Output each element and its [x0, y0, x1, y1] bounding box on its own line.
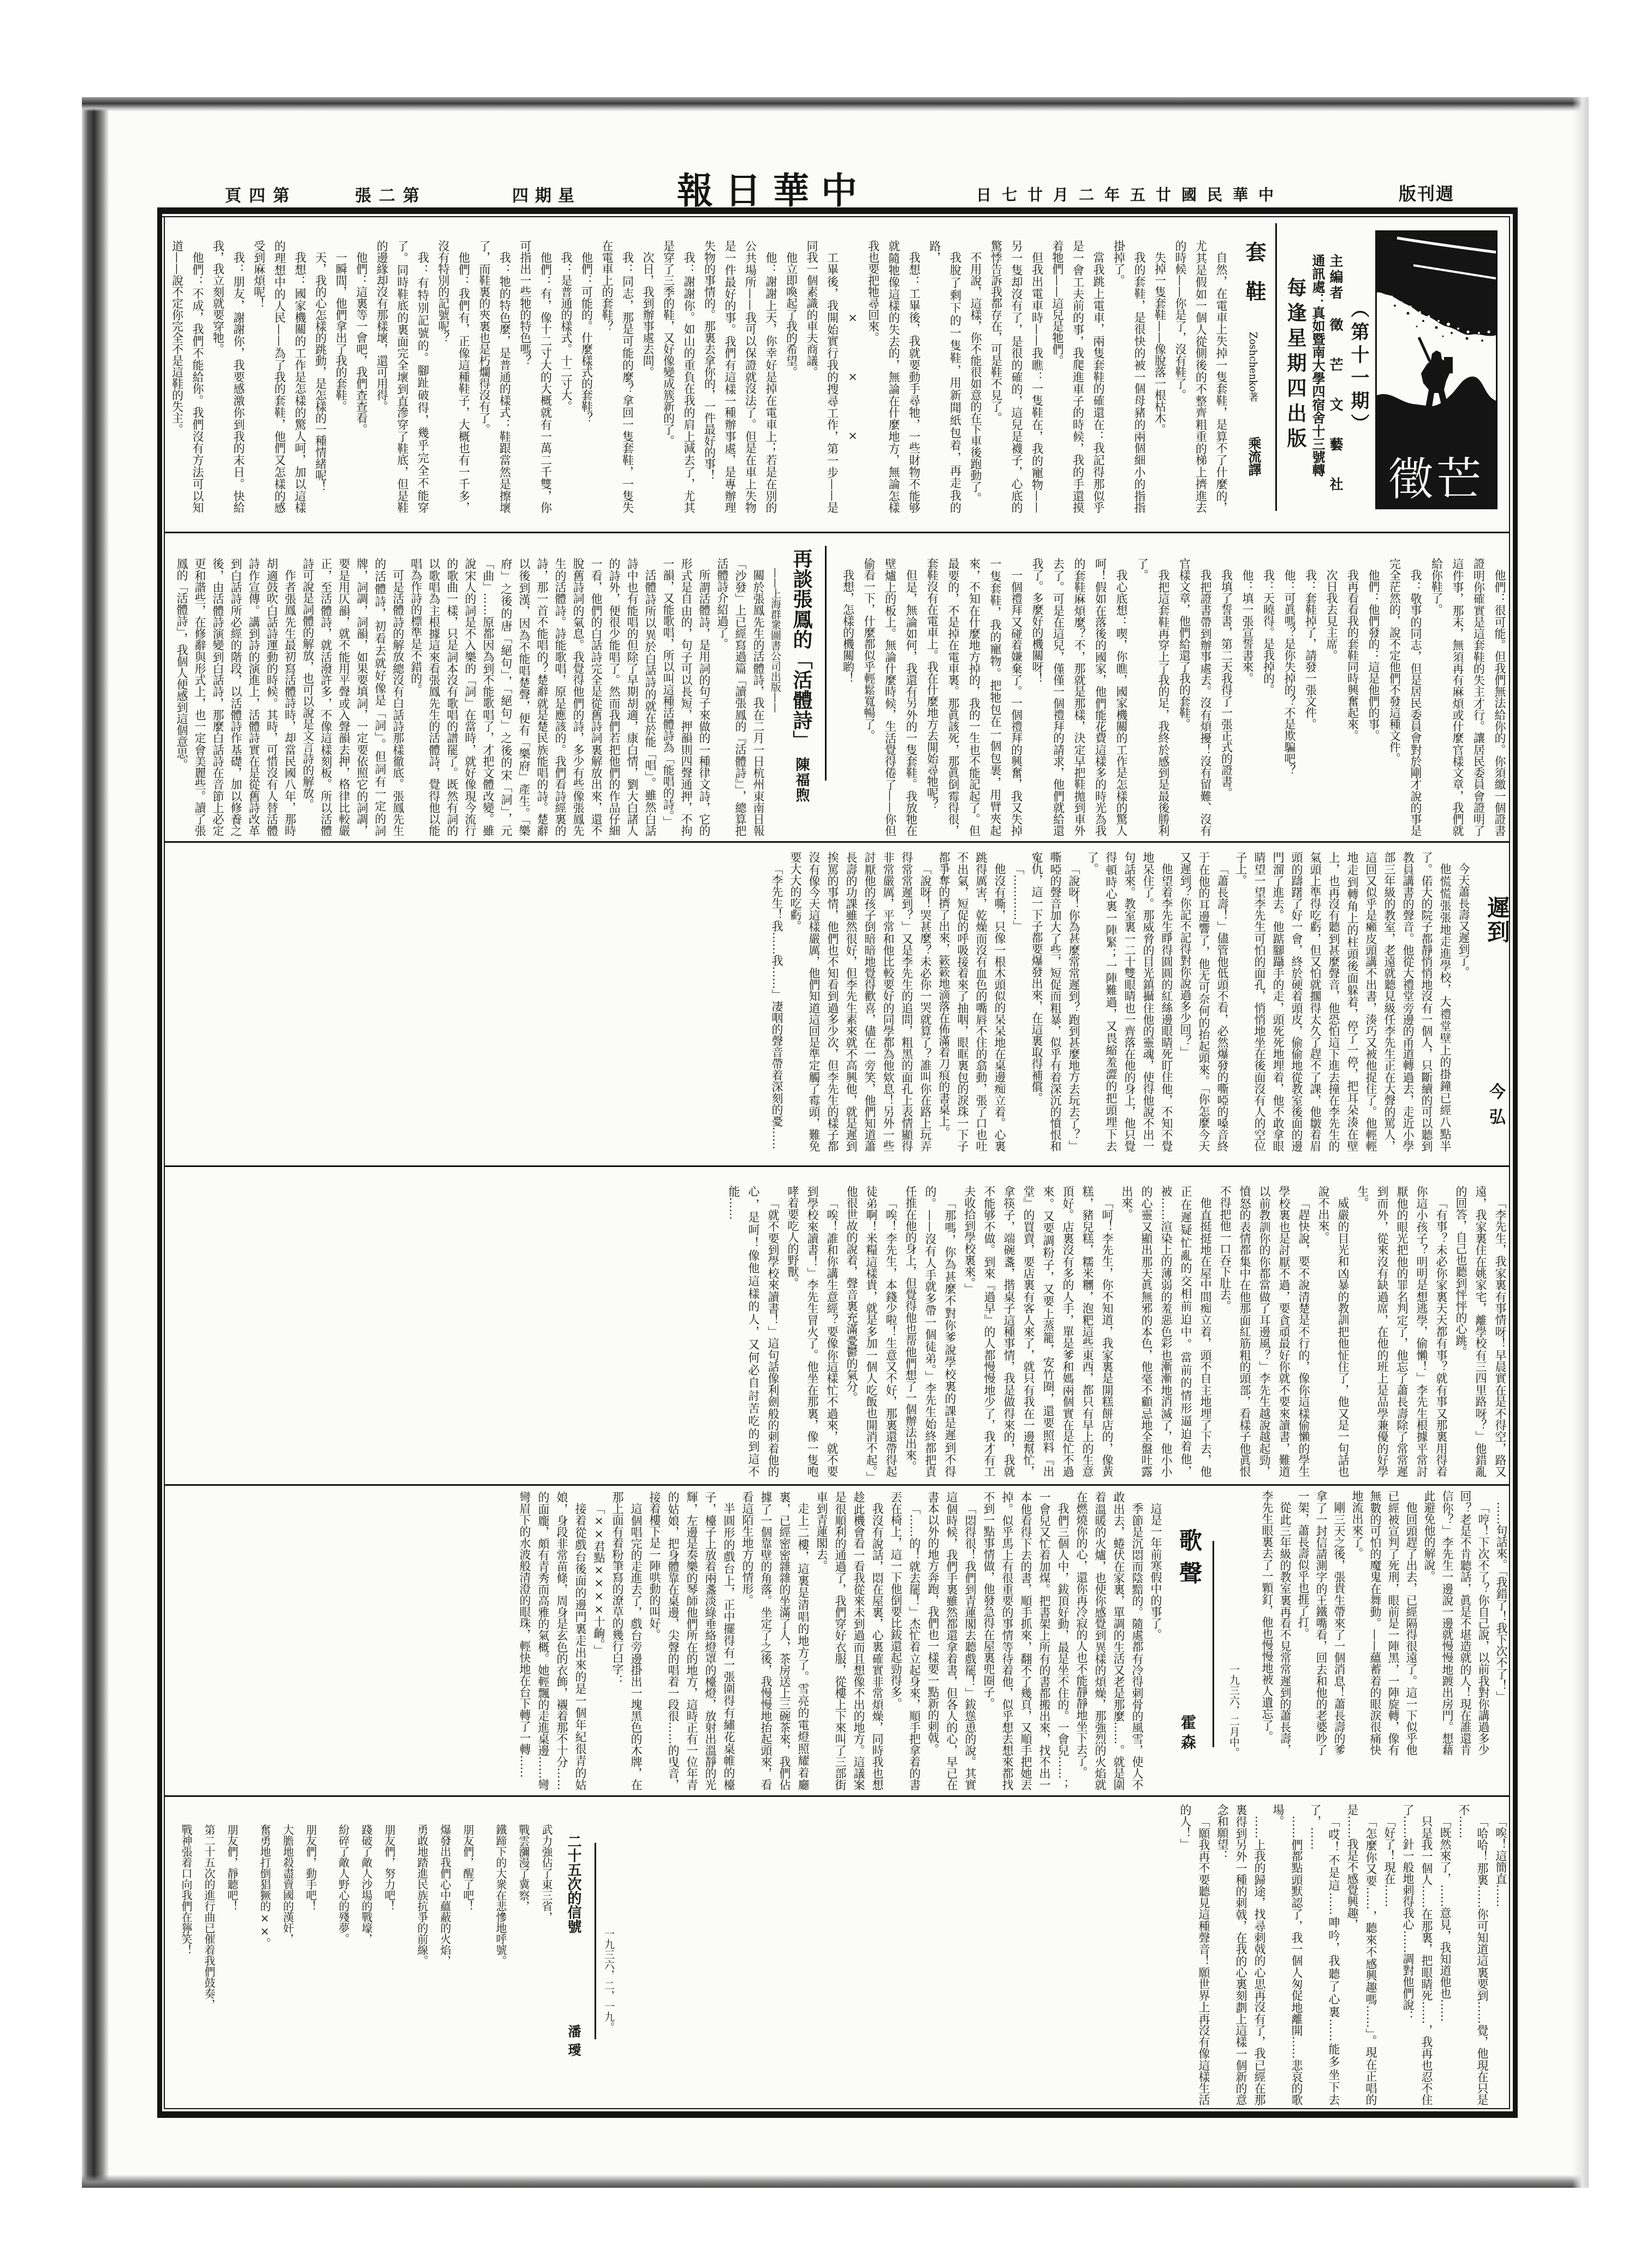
paragraph: 「唉！李先生，本錢少啦！生意又不好，那裏還帶得起徒弟啊！米糧這樣貴，就是多加一個… — [842, 1186, 901, 1477]
paragraph: 活體詩所以異於白話詩的就在於能「唱」。雖然白話詩中也有能唱的但除了早期胡適，康白… — [407, 558, 659, 836]
paragraph: 這個唱完的走進去了，戲台旁邊掛出一塊黑色的木牌，在那上面有着粉筆寫的潦草的幾行白… — [608, 1491, 645, 1790]
paragraph: 「既然來了，……意見，我知道他也…… — [1436, 1804, 1454, 2105]
poem-body: 武力強佔了東三省，戰雲瀰漫了冀察，鐵蹄下的大衆在悲慘地呼號。 朋友們，醒了吧！爆… — [165, 1824, 558, 2114]
poem-line: 鐵蹄下的大衆在悲慘地呼號。 — [489, 1824, 512, 2114]
paragraph: ……上我的歸途，找尋刺戟的心思再沒有了，我已經在那裏得到另外一種的刺戟，在我的心… — [1213, 1804, 1269, 2105]
paragraph: 天，我的心怎樣的跳動，是怎樣的一種情緒呢！ — [310, 240, 331, 513]
article-title-gesheng: 歌聲 — [1173, 1528, 1205, 1594]
paragraph: 「××君點××××十齣。」 — [590, 1491, 608, 1790]
article-subtitle-huotishi: ——上海群衆圖書公司出版—— — [768, 568, 783, 713]
poem-author: 潘璦 — [564, 2025, 583, 2062]
paragraph: 我：套鞋掉了，請發一張文件。 — [1300, 558, 1321, 836]
paragraph: 可是活體詩的解放總沒有白話詩那樣徹底。張鳳先生的活體詩，初看去就好像是「詞」。但… — [299, 558, 407, 836]
newspaper-title: 中華日報 — [677, 162, 869, 213]
paragraph: 從此三年級的教室裏再看不見常常遲到的蕭長壽，李先生眼裏去了一顆釘，他也慢慢地被人… — [1258, 1490, 1294, 1755]
poem-stanza: 朋友們，靜聽吧！第二十五次的進行曲已催着我們鼓奏，戰神張着口向我們在獰笑！ — [175, 1824, 243, 2114]
frame-right — [1513, 207, 1518, 2118]
editor-line: 主編者徵芒文藝社 — [1326, 254, 1345, 517]
paragraph: 我：有特別記號的。腳趾破得，幾乎完全不能穿了。同時鞋底的裏面完全壞到直滲穿了鞋底… — [371, 240, 433, 513]
scan-edge-top — [82, 97, 1589, 111]
issue-number: （第十一期） — [1345, 299, 1372, 437]
paragraph: 當我跳上電車，兩隻套鞋的確還在：我記得那似乎是一會工夫前的事，我爬進車子的時候，… — [1047, 240, 1109, 513]
article-body-chidao-part1: 今天蕭長壽又遲到了。他慌慌張張地走進學校，大禮堂壁上的掛鐘已經八點半了。偌大的院… — [165, 852, 1473, 1152]
paragraph: 這是一年前寒假中的事了。 — [1146, 1491, 1165, 1790]
editor-label: 主編者 — [1328, 254, 1344, 301]
chidao-part2: 「李先生，我家裏有事情呀！早晨實在是不得空，路又遠，我家裏住在姚家宅，離學校有三… — [724, 1186, 1510, 1477]
paragraph: 失掉一隻套鞋——像脫落一根枯木。 — [1149, 240, 1170, 513]
poem-line: 朋友們，靜聽吧！ — [221, 1824, 243, 2114]
paragraph: 我想：工畢後，我就要動手尋牠，一些財物不能够就隨牠像這樣的失去的，無論在什麼地方… — [863, 240, 924, 513]
paragraph: 我：謝謝你。如山的重負在我的肩上減去了，尤其是穿了三季的鞋，又好像變成簇新的了。 — [658, 240, 699, 513]
article-date-chidao: 一九三六，二月中。 — [1227, 1664, 1241, 1758]
paragraph: 我的套鞋，是很快的被一個母豬的兩個細小的指指掛掉了。 — [1108, 240, 1149, 513]
poem-stanza: 朋友們，努力吧！踐破了敵人沙場的戰壕，紛碎了敵人野心的殘夢。 — [332, 1824, 401, 2114]
gesheng-part1: 這是一年前寒假中的事了。季節是沉悶而陰黯的。隨處都有冷得刺骨的風雪，使人不敢出去… — [515, 1491, 1165, 1790]
paragraph: 「李先生！我……我……」凄咽的聲音帶着深刻的憂…… — [768, 852, 786, 1152]
paragraph: 他望着李先生睜得圓圓的紅絲邊眼睛死盯住他，不知不覺地呆住了。那威脅的目光鎮攝住他… — [1083, 852, 1176, 1152]
frame-left — [157, 207, 162, 2118]
poem-stanza: 武力強佔了東三省，戰雲瀰漫了冀察，鐵蹄下的大衆在悲慘地呼號。 — [489, 1824, 558, 2114]
publication-schedule: 每逢星期四出版 — [1282, 277, 1310, 453]
paragraph: 接着從戲台後面的邊門裏走出來的是一個年紀很青的姑娘，身段非常苗條，周身是玄色的衣… — [515, 1491, 590, 1790]
paragraph: 我想，怎樣的機關喲！ — [837, 558, 859, 836]
paragraph: 「…………」 — [1009, 852, 1027, 1152]
huotishi-paragraphs: 關於張鳳先生的活體詩，我在二月一日杭州東南日報「沙發」上已經寫過篇「讀張鳳的『活… — [173, 558, 767, 836]
paragraph: 「悶得很！我們到青蓮閣去聽戲罷！」鈸慫恿的說。其實這個時候，我們手裏雖然都還拿着… — [924, 1491, 979, 1790]
paragraph: 一瞬間，他們拿出了我的套鞋。 — [330, 240, 351, 513]
paragraph: 他們：不成，我們不能給你。我們沒有方法可以知道——說不定你完全不是這鞋的失主。 — [167, 240, 207, 513]
paragraph: 我沒有說話，悶在屋裏，心裏確實非常煩燥，同時我也想趁此機會看一看我從來未到過而且… — [812, 1491, 887, 1790]
poem-line: 踐破了敵人沙場的戰壕， — [355, 1824, 378, 2114]
poem-line: 朋友們，動手吧！ — [299, 1824, 322, 2114]
paragraph: 他：謝謝上天，你幸好是掉在電車上；若是在別的公共場所——我可以保證就沒法了。但是… — [699, 240, 781, 513]
paragraph: 「蕭長壽！」儘管他低頭不看，必然爆發的嘶啞的嗓音終于在他的耳邊響了，他无可奈何的… — [1176, 852, 1232, 1152]
paragraph: 我：是普通的樣式。十二寸大。 — [556, 240, 577, 513]
article-title-chidao: 遲到 — [1481, 896, 1513, 944]
gesheng-title-rule — [1213, 1541, 1214, 1747]
paragraph: 「哈哈！那裏……你可知道這裏要到……覺，他現在只是不…… — [1454, 1804, 1492, 2105]
paragraph: 我填了誓書，第二天我得了一張正式的證書。 — [1216, 558, 1237, 836]
band-divider-2 — [165, 841, 1509, 843]
paragraph: ……句話來。「我錯了！我下次不了！」 — [1492, 1490, 1510, 1755]
paragraph: 他們：有，像十二寸大的大概就有一萬二千雙，你可指出一些牠的特色嗎？ — [515, 240, 556, 513]
article-body-taoxie-part2: 他們：很可能。但我們無法給你的。你須繳一個證書證明你確實是這套鞋的失主才行。讓居… — [832, 558, 1510, 836]
sheet-number: 第二張 — [355, 182, 427, 206]
chidao-part1: 今天蕭長壽又遲到了。他慌慌張張地走進學校，大禮堂壁上的掛鐘已經八點半了。偌大的院… — [768, 852, 1473, 1152]
edition-label: 週刊版 — [1399, 180, 1454, 205]
paragraph: 「唉！誰和你講生意經？要像你這樣忙不過來，就不要到學校來讀書！」李先生冒火了。他… — [783, 1186, 842, 1477]
paragraph: 「有事？未必你家裏天天都有事？就有事又那裏用得着你這小孩子？明明是想逃學，偷懶！… — [1353, 1186, 1451, 1477]
poem-line: 戰雲瀰漫了冀察， — [512, 1824, 535, 2114]
paragraph: 他回頭趕了出去，已經隔得很遠了。這一下似乎他已經被宣判了死刑，眼前是一陣黑，一陣… — [1348, 1490, 1420, 1755]
paragraph: 他們：這裏等一會吧，我們查查看。 — [351, 240, 372, 513]
paragraph: 我：但，是我呀，我失掉牠的。 — [165, 240, 167, 513]
paragraph: 他們：我們有，正像這種鞋子，大概也有一千多，沒有特別的記號呢？ — [433, 240, 474, 513]
paragraph: 他直挺挺地在屋中間痴立着，頭不自主地埋了下去，他正在遲疑忙亂的交相前迫中。當前的… — [1117, 1186, 1215, 1477]
masthead-logo-text: 徵芒 — [1388, 454, 1484, 505]
paragraph: 「哎！不是這……呻吟，我聽了心裏……能多坐下去了，…… — [1306, 1804, 1343, 2105]
poem-line: 戰神張着口向我們在獰笑！ — [175, 1824, 198, 2114]
poem-title: 二十五次的信號 — [563, 1834, 584, 1933]
poem-line: 爆發出我們心中蘊蔽的火焰， — [433, 1824, 456, 2114]
taoxie-part2: 他們：很可能。但我們無法給你的。你須繳一個證書證明你確實是這套鞋的失主才行。讓居… — [837, 558, 1510, 836]
article-body-chidao-part2: 「李先生，我家裏有事情呀！早晨實在是不得空，路又遠，我家裏住在姚家宅，離學校有三… — [165, 1186, 1510, 1477]
address-label: 通訊處： — [1310, 254, 1326, 306]
paragraph: 威嚴的目光和凶暴的教訓把他怔住了，他又是一句話也說不出來。 — [1314, 1186, 1353, 1477]
scan-edge-left — [82, 97, 109, 2188]
masthead-column-rule — [1275, 223, 1277, 511]
article-author-gesheng: 霍森 — [1176, 1715, 1198, 1754]
band-divider-1 — [165, 532, 1509, 533]
weekday: 星期四 — [512, 182, 581, 206]
paragraph: 他們：可能的。什麼樣式的套鞋？ — [576, 240, 597, 513]
paragraph: 我把這套鞋再穿上了我的足，我終於感到是最後勝利了。 — [1132, 558, 1174, 836]
article-date-gesheng: 一九三六，二，一九。 — [602, 1928, 616, 2032]
chidao-part3: ……句話來。「我錯了！我下次不了！」「哼！下次不了？你自己說，以前我對你講過多少… — [1258, 1490, 1510, 1755]
paragraph: 他：填一張宣誓書來。 — [1237, 558, 1258, 836]
paragraph: 他立即喚起了我的希望。 — [781, 240, 801, 513]
paragraph: 「說呀！哭甚麼？未必你一哭就算了？誰叫你在路上玩弄得常常遲到？」又是李先生的追問… — [786, 852, 935, 1152]
paragraph: 關於張鳳先生的活體詩，我在二月一日杭州東南日報「沙發」上已經寫過篇「讀張鳳的『活… — [713, 558, 767, 836]
article-body-chidao-part3: ……句話來。「我錯了！我下次不了！」「哼！下次不了？你自己說，以前我對你講過多少… — [1226, 1490, 1510, 1755]
paragraph: 但我出電車時——我瞧：一隻鞋在，我的寵物——另一隻却沒有了，是很的確的，這兒是襪… — [985, 240, 1047, 513]
issue-date: 中華民國廿五年二月廿七日 — [976, 183, 1284, 205]
paragraph: ……們都點頭默認了，我一個人匆促地離開……悲哀的歌場。 — [1269, 1804, 1306, 2105]
paragraph: 自然，在電車上失掉一隻套鞋，是算不了什麼的，尤其是假如一個人從側後的不整齊粗重的… — [1170, 240, 1232, 513]
paragraph: 「李先生，我家裏有事情呀！早晨實在是不得空，路又遠，我家裏住在姚家宅，離學校有三… — [1451, 1186, 1510, 1477]
article-author-huotishi: 陳福煦 — [792, 757, 812, 803]
paragraph: 我：天曉得。是我掉的。 — [1258, 558, 1279, 836]
paragraph: 半圓形的戲台上，正中擺得有一張圍得有繡花桌帷的檯子，檯子上放着兩盞淡綠垂絡燈罩的… — [645, 1491, 738, 1790]
address-line: 通訊處：真如暨南大學四宿舍十三號轉 — [1308, 254, 1327, 477]
poem-line: 奮勇地打倒猖獗的××。 — [253, 1824, 276, 2114]
paragraph: 「哼！下次不了？你自己說，以前我對你講過多少回？老是不肯聽話，眞是不堪造就的人！… — [1420, 1490, 1492, 1755]
paragraph: 我想：國家機關的工作是怎樣的驚人呵，加以這樣的理想中的人民——為了我的套鞋，他們… — [248, 240, 310, 513]
article-title-taoxie: 套鞋 — [1239, 241, 1269, 320]
paragraph: 他們：他們發的：這是他們的事。 — [1363, 558, 1385, 836]
page-number: 第四頁 — [225, 182, 297, 206]
paragraph: 只是我一個人……在那裏，把眼睛死……，我再也忍不住了……針一般地刺得我心……調對… — [1399, 1804, 1436, 2105]
paragraph: 所謂活體詩，是用詞的句子來做的一種律文詩，它的形式是自由的，句子可以長短，押韻則… — [659, 558, 713, 836]
section-separator: × × × — [842, 240, 863, 513]
paragraph: 但是，無論如何，我還有另外的一隻套鞋。我放牠在壁爐上的板上。無論什麼時候，生活覺… — [859, 558, 922, 836]
paragraph: 「怎麼你又要……，聽來不感興趣嗎……」。現在正唱的是……我是不感覺興趣， — [1343, 1804, 1380, 2105]
article-translator-taoxie: 乘流譯 — [1244, 437, 1263, 476]
paragraph: 我把證書帶到辦事處去。沒有煩擾！沒有留難、沒有官樣文章，他們給還了我的套鞋。 — [1174, 558, 1216, 836]
paragraph: 我脫了剩下的一隻鞋，用新聞紙包着，再走我的路， — [924, 240, 965, 513]
header-rule-thin — [162, 216, 1510, 217]
paragraph: 我：敬事的同志，但是居民委員會對於剛才說的事是完全茫然的，說不定他們不發這種文件… — [1384, 558, 1426, 836]
scan-edge-right — [1572, 97, 1589, 2188]
paragraph: 走上二樓，這裏是清唱的地方了。雪亮的電燈照耀着廳裏，已經密密雜雜的坐滿了人，茶房… — [738, 1491, 812, 1790]
paragraph: 剛三天之後，張貴生帶來了一個消息！蕭長壽的爹拿了一封信請測字的王鐵嘴看，回去和他… — [1294, 1490, 1348, 1755]
address-value: 真如暨南大學四宿舍十三號轉 — [1310, 306, 1326, 477]
paragraph: 「好了！現在…… — [1380, 1804, 1399, 2105]
paragraph: 「唉！這簡直…… — [1492, 1804, 1510, 2105]
taoxie-part1-a: 自然，在電車上失掉一隻套鞋，是算不了什麼的，尤其是假如一個人從側後的不整齊粗重的… — [863, 240, 1231, 513]
gesheng-part2: 「唉！這簡直……「哈哈！那裏……你可知道這裏要到……覺，他現在只是不……「既然來… — [1176, 1804, 1510, 2105]
huotishi-title-rule — [825, 546, 827, 781]
paragraph: 我心底想：喫，你瞧，國家機關的工作是怎樣的驚人呵！假如在落後的國家，他們能花費這… — [1027, 558, 1132, 836]
poem-stanza: 朋友們，動手吧！大膽地殺盡賣國的漢奸，奮勇地打倒猖獗的××。 — [253, 1824, 322, 2114]
article-body-gesheng-part1: 這是一年前寒假中的事了。季節是沉悶而陰黯的。隨處都有冷得刺骨的風雪，使人不敢出去… — [165, 1491, 1165, 1790]
poem-stanza: 朋友們，醒了吧！爆發出我們心中蘊蔽的火焰，勇敢地踏進民族抗爭的前線。 — [411, 1824, 479, 2114]
paragraph: 「說呀！你為甚麼常常遲到？跑到甚麼地方去玩去了？」嘶啞的聲音加大了些，短促而粗暴… — [1027, 852, 1083, 1152]
poem-line: 紛碎了敵人野心的殘夢。 — [332, 1824, 355, 2114]
band-divider-4 — [165, 1484, 1509, 1486]
paragraph: 「願我再不要聽見這種聲音！願世界上再沒有像這樣生活的人！」 — [1176, 1804, 1213, 2105]
paragraph: 我：朋友，謝謝你，我要感激你到我的末日。快給我，我立刻就要穿牠。 — [207, 240, 248, 513]
article-author-chidao: 今弘 — [1483, 1083, 1507, 1133]
paragraph: 他慌慌張張地走進學校，大禮堂壁上的掛鐘已經八點半了。偌大的院子都靜悄悄地沒有一個… — [1232, 852, 1454, 1152]
header-rule-thick — [157, 207, 1518, 214]
poem-line: 勇敢地踏進民族抗爭的前線。 — [411, 1824, 433, 2114]
paragraph: 次日我去見主席。 — [1321, 558, 1342, 836]
article-title-huotishi: 再談張鳳的「活體詩」 — [788, 549, 816, 751]
paragraph: 次日，我到辦事處去問。 — [638, 240, 658, 513]
article-author-taoxie: Zoshchenko著 — [1245, 332, 1259, 402]
paragraph: 他：可眞嗎？是你失掉的？不是欺騙吧？ — [1279, 558, 1300, 836]
masthead-woodcut: 徵芒 — [1375, 230, 1498, 509]
band-divider-3 — [165, 1165, 1509, 1167]
scan-edge-bottom — [82, 2175, 1589, 2188]
paragraph: 我再看看我的套鞋同時興奮起來。 — [1342, 558, 1363, 836]
paragraph: 「那嗎，你為甚麼不對你爹說學校裏的課是遲到不得的。——沒有人手就多帶一個徒弟。」… — [901, 1186, 960, 1477]
paragraph: 一個禮拜又碰着嫌棄了。一個禮拜的興奮，我又失掉一隻套鞋，我的寵物。把牠包在一個包… — [922, 558, 1027, 836]
paragraph: 「呵！李先生，你不知道，我家裏是開糕餅店的，像黃糕，豬兒糕，糯米糰，泡粑這些東西… — [960, 1186, 1117, 1477]
band-divider-5 — [165, 1795, 1509, 1797]
paragraph: 他們：很可能。但我們無法給你的。你須繳一個證書證明你確實是這套鞋的失主才行。讓居… — [1426, 558, 1510, 836]
paragraph: 今天蕭長壽又遲到了。 — [1454, 852, 1473, 1152]
editor-name: 徵芒文藝社 — [1328, 318, 1344, 517]
poem-line: 朋友們，醒了吧！ — [456, 1824, 479, 2114]
poem-title-rule — [595, 1843, 596, 2039]
paragraph: 「趕快說，要不說清楚是不行的，像你這樣偷懶的學生學校裏也是討厭不過，要貪頑最好你… — [1215, 1186, 1314, 1477]
article-body-taoxie-part1: 自然，在電車上失掉一隻套鞋，是算不了什麼的，尤其是假如一個人從側後的不整齊粗重的… — [165, 240, 1231, 513]
paragraph: 不用說，這樣，你不能很如意的在下車後跑動了。 — [965, 240, 986, 513]
poem-line: 大膽地殺盡賣國的漢奸， — [276, 1824, 299, 2114]
paragraph: 作者張鳳先生最初寫活體詩時，却當民國八年，那時胡適鼓吹白話詩運動的時候。其時，可… — [173, 558, 299, 836]
article-body-huotishi: 關於張鳳先生的活體詩，我在二月一日杭州東南日報「沙發」上已經寫過篇「讀張鳳的『活… — [165, 558, 767, 836]
paragraph: 工畢後，我開始實行我的搜尋工作，第一步——是同我一個素識的車夫商議。 — [801, 240, 842, 513]
poem-line: 第二十五次的進行曲已催着我們鼓奏， — [198, 1824, 221, 2114]
paragraph: 他沒有嘶，只像一根木頭似的呆呆地在桌邊痴立着。心裏跳得厲害，乾燥而沒有血色的嘴唇… — [935, 852, 1009, 1152]
poem-line: 武力強佔了東三省， — [535, 1824, 558, 2114]
paragraph: 「就不要到學校來讀書！」這句話像利劍般的刺着他的心，是呵！像他這樣的人，又何必自… — [724, 1186, 783, 1477]
paragraph: 我：牠的特色麼，是普通的樣式：鞋跟當然是擦壞了，而鞋裏的夾裏也是朽爛得沒有了。 — [474, 240, 515, 513]
paragraph: 我：同志，那是可能的麼？拿回一隻套鞋，一隻失在電車上的套鞋？ — [597, 240, 638, 513]
paragraph: 季節是沉悶而陰黯的。隨處都有冷得刺骨的風雪，使人不敢出去，蜷伏在家裏，單調的生活… — [1072, 1491, 1146, 1790]
paragraph: 我們三個人中，鈸頂好動，最是坐不住的。一會兒……；一會兒又忙着加煤。把書架上所有… — [979, 1491, 1072, 1790]
article-body-gesheng-part2: 「唉！這簡直……「哈哈！那裏……你可知道這裏要到……覺，他現在只是不……「既然來… — [615, 1804, 1510, 2105]
taoxie-part1-b: 工畢後，我開始實行我的搜尋工作，第一步——是同我一個素識的車夫商議。他立即喚起了… — [165, 240, 842, 513]
paragraph: 「……的！就去罷！」杰忙着立起身來，順手把拿着的書丟在椅上，這一下他倒要比鈸還起… — [887, 1491, 924, 1790]
poem-line: 朋友們，努力吧！ — [378, 1824, 401, 2114]
